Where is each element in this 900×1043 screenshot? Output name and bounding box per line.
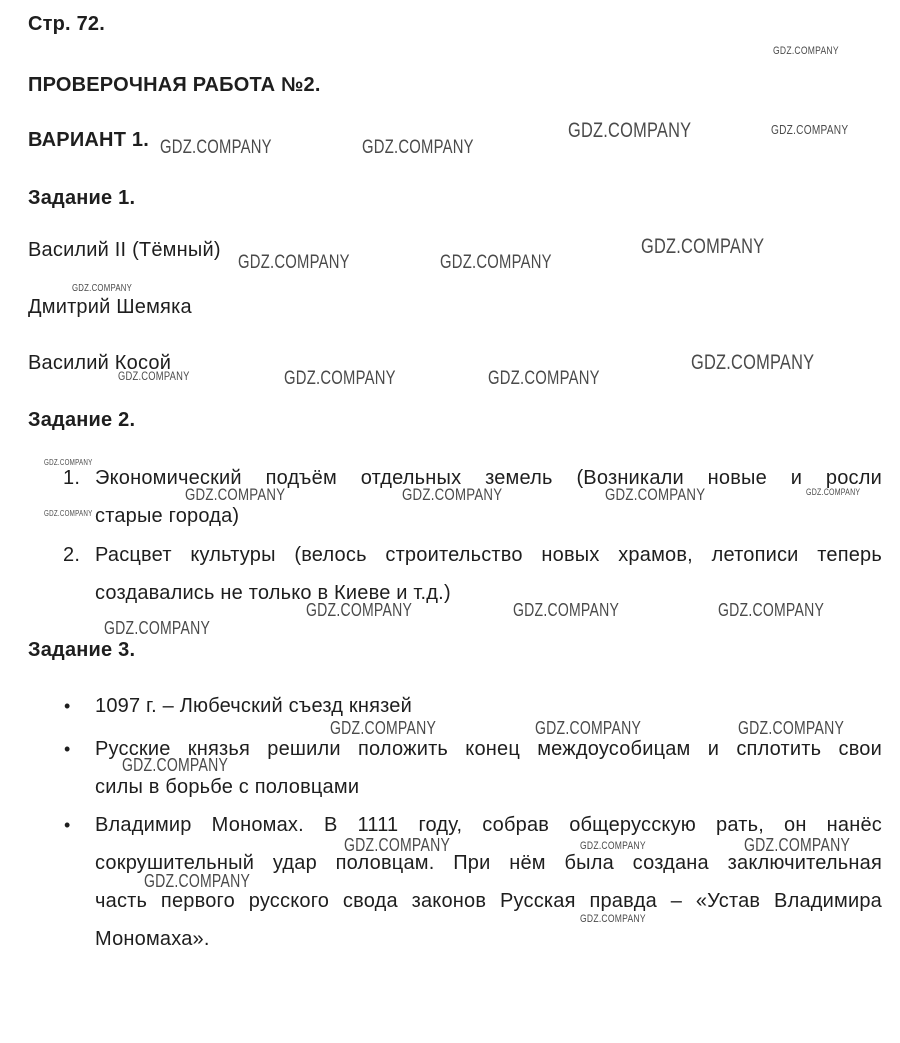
watermark-text: GDZ.COMPANY — [641, 235, 764, 259]
task3-bullet-line: 1097 г. – Любечский съезд князей — [95, 695, 412, 717]
watermark-text: GDZ.COMPANY — [738, 718, 844, 739]
watermark-text: GDZ.COMPANY — [488, 368, 600, 390]
watermark-text: GDZ.COMPANY — [691, 351, 814, 375]
watermark-text: GDZ.COMPANY — [605, 485, 705, 505]
list-item-number: 2. — [63, 544, 80, 566]
task1-answer: Дмитрий Шемяка — [28, 296, 192, 318]
watermark-text: GDZ.COMPANY — [402, 485, 502, 505]
task3-bullet-line: силы в борьбе с половцами — [95, 776, 359, 798]
task3-bullet-line: часть первого русского свода законов Рус… — [95, 890, 882, 912]
watermark-text: GDZ.COMPANY — [773, 45, 839, 57]
watermark-text: GDZ.COMPANY — [144, 871, 250, 892]
watermark-text: GDZ.COMPANY — [238, 252, 350, 274]
watermark-text: GDZ.COMPANY — [160, 137, 272, 159]
task3-heading: Задание 3. — [28, 639, 135, 661]
page-number-label: Стр. 72. — [28, 13, 105, 35]
watermark-text: GDZ.COMPANY — [122, 755, 228, 776]
bullet-marker: • — [64, 696, 70, 717]
watermark-text: GDZ.COMPANY — [806, 487, 860, 497]
task3-bullet-line: Мономаха». — [95, 928, 210, 950]
watermark-text: GDZ.COMPANY — [330, 718, 436, 739]
watermark-text: GDZ.COMPANY — [513, 600, 619, 621]
list-item-number: 1. — [63, 467, 80, 489]
watermark-text: GDZ.COMPANY — [535, 718, 641, 739]
watermark-text: GDZ.COMPANY — [306, 600, 412, 621]
bullet-marker: • — [64, 815, 70, 836]
watermark-text: GDZ.COMPANY — [284, 368, 396, 390]
watermark-text: GDZ.COMPANY — [718, 600, 824, 621]
document-page: Стр. 72. ПРОВЕРОЧНАЯ РАБОТА №2. ВАРИАНТ … — [0, 0, 900, 1043]
watermark-text: GDZ.COMPANY — [362, 137, 474, 159]
watermark-text: GDZ.COMPANY — [118, 369, 190, 383]
watermark-text: GDZ.COMPANY — [744, 835, 850, 856]
watermark-text: GDZ.COMPANY — [568, 119, 691, 143]
document-title: ПРОВЕРОЧНАЯ РАБОТА №2. — [28, 74, 321, 96]
watermark-text: GDZ.COMPANY — [344, 835, 450, 856]
task2-item-line: Расцвет культуры (велось строительство н… — [95, 544, 882, 566]
watermark-text: GDZ.COMPANY — [44, 458, 93, 467]
bullet-marker: • — [64, 739, 70, 760]
watermark-text: GDZ.COMPANY — [440, 252, 552, 274]
watermark-text: GDZ.COMPANY — [44, 509, 93, 518]
task1-answer: Василий II (Тёмный) — [28, 239, 221, 261]
watermark-text: GDZ.COMPANY — [104, 618, 210, 639]
watermark-text: GDZ.COMPANY — [72, 283, 132, 294]
variant-heading: ВАРИАНТ 1. — [28, 129, 149, 151]
task2-heading: Задание 2. — [28, 409, 135, 431]
watermark-text: GDZ.COMPANY — [185, 485, 285, 505]
task1-heading: Задание 1. — [28, 187, 135, 209]
watermark-text: GDZ.COMPANY — [580, 913, 646, 925]
task3-bullet-line: Владимир Мономах. В 1111 году, собрав об… — [95, 814, 882, 836]
watermark-text: GDZ.COMPANY — [580, 840, 646, 852]
watermark-text: GDZ.COMPANY — [771, 122, 848, 137]
task2-item-line: старые города) — [95, 505, 239, 527]
